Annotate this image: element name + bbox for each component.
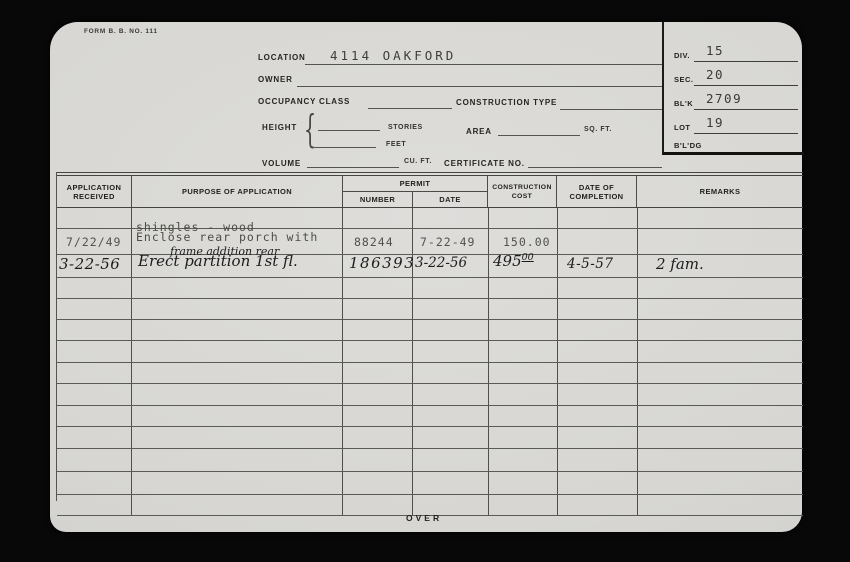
table-row (57, 406, 803, 427)
occupancy-class-label: OCCUPANCY CLASS (258, 97, 350, 106)
cell-purpose (132, 449, 343, 471)
cell-completion (558, 472, 638, 494)
cell-permit-number: 88244 (343, 229, 413, 254)
lot-label: LOT (674, 123, 691, 132)
cell-received (57, 495, 132, 515)
cell-cost (489, 449, 558, 471)
cell-cost (489, 384, 558, 405)
cell-remarks (638, 495, 803, 515)
cell-received (57, 406, 132, 426)
cell-remarks (638, 208, 803, 228)
header-permit-number: NUMBER (343, 192, 413, 207)
cell-permit-date (413, 208, 489, 228)
cell-remarks (638, 363, 803, 383)
cell-purpose (132, 320, 343, 340)
cell-remarks (638, 472, 803, 494)
cell-permit-date (413, 472, 489, 494)
permit-card: FORM B. B. NO. 111 LOCATION 4114 OAKFORD… (50, 22, 802, 532)
cell-permit-date (413, 341, 489, 362)
cell-permit-date: 3-22-56 (413, 255, 489, 277)
header-purpose: PURPOSE OF APPLICATION (132, 176, 343, 207)
cell-received (57, 320, 132, 340)
cell-permit-number (343, 495, 413, 515)
location-value: 4114 OAKFORD (330, 48, 456, 63)
cell-received: 3-22-56 (57, 255, 132, 277)
cell-purpose (132, 341, 343, 362)
cell-cost (489, 495, 558, 515)
cell-cost (489, 406, 558, 426)
cell-purpose (132, 278, 343, 298)
cell-permit-number (343, 208, 413, 228)
header-construction-cost: CONSTRUCTION COST (488, 176, 557, 207)
stories-label: STORIES (388, 124, 423, 131)
lot-blank-line (694, 132, 798, 134)
parcel-box: DIV. 15 SEC. 20 BL'K 2709 LOT 19 B'L'DG (662, 22, 804, 155)
table-row (57, 384, 803, 406)
cell-remarks (638, 299, 803, 319)
cell-cost: 49500 (489, 255, 558, 277)
area-blank-line (498, 134, 580, 136)
cell-purpose (132, 299, 343, 319)
cell-received (57, 449, 132, 471)
cuft-label: CU. FT. (404, 158, 432, 165)
bldg-label: B'L'DG (674, 141, 702, 150)
scan-background: FORM B. B. NO. 111 LOCATION 4114 OAKFORD… (0, 0, 850, 562)
cell-completion (558, 299, 638, 319)
cell-cost (489, 278, 558, 298)
occupancy-blank-line (368, 107, 452, 109)
cell-permit-date (413, 278, 489, 298)
cell-received (57, 363, 132, 383)
cell-cost (489, 299, 558, 319)
cell-permit-number: 186393 (343, 255, 413, 277)
table-row: 3-22-56frame addition rearErect partitio… (57, 255, 803, 278)
cell-received: 7/22/49 (57, 229, 132, 254)
sec-label: SEC. (674, 75, 694, 84)
feet-label: FEET (386, 141, 406, 148)
cell-completion (558, 427, 638, 448)
form-number: FORM B. B. NO. 111 (84, 28, 158, 35)
cell-completion (558, 495, 638, 515)
cell-received (57, 427, 132, 448)
cell-completion (558, 406, 638, 426)
sec-value: 20 (706, 67, 724, 82)
cell-remarks (638, 341, 803, 362)
header-date-of-completion: DATE OF COMPLETION (557, 176, 637, 207)
cell-remarks (638, 229, 803, 254)
cell-permit-date (413, 299, 489, 319)
cell-purpose (132, 495, 343, 515)
location-blank-line (305, 63, 662, 65)
cell-purpose (132, 472, 343, 494)
area-label: AREA (466, 127, 492, 136)
lot-value: 19 (706, 115, 724, 130)
cell-cost (489, 341, 558, 362)
cell-remarks (638, 427, 803, 448)
cell-cost: 150.00 (489, 229, 558, 254)
table-row (57, 472, 803, 495)
cell-permit-date (413, 427, 489, 448)
div-label: DIV. (674, 51, 690, 60)
location-label: LOCATION (258, 53, 306, 62)
construction-type-label: CONSTRUCTION TYPE (456, 98, 557, 107)
cell-permit-date: 7-22-49 (413, 229, 489, 254)
cell-received (57, 208, 132, 228)
cell-permit-date (413, 495, 489, 515)
cell-completion (558, 449, 638, 471)
cell-permit-number (343, 449, 413, 471)
cell-permit-number (343, 341, 413, 362)
cell-cost (489, 363, 558, 383)
cell-purpose (132, 406, 343, 426)
cell-permit-number (343, 299, 413, 319)
volume-label: VOLUME (262, 159, 301, 168)
cell-completion (558, 278, 638, 298)
table-body: 7/22/49shingles - woodEnclose rear porch… (57, 208, 803, 516)
table-row (57, 320, 803, 341)
cell-completion (558, 341, 638, 362)
cell-remarks (638, 449, 803, 471)
header-application-received: APPLICATION RECEIVED (57, 176, 132, 207)
div-blank-line (694, 60, 798, 62)
table-row (57, 363, 803, 384)
cell-permit-number (343, 427, 413, 448)
cell-permit-number (343, 278, 413, 298)
stories-blank-line (318, 129, 380, 131)
permit-table: APPLICATION RECEIVED PURPOSE OF APPLICAT… (56, 172, 803, 501)
cell-cost (489, 208, 558, 228)
table-row (57, 449, 803, 472)
cell-permit-date (413, 406, 489, 426)
cell-received (57, 341, 132, 362)
header-permit-date: DATE (413, 192, 487, 207)
cell-completion: 4-5-57 (558, 255, 638, 277)
blk-value: 2709 (706, 91, 742, 106)
height-label: HEIGHT (262, 123, 297, 132)
cell-remarks (638, 320, 803, 340)
cell-remarks (638, 278, 803, 298)
sec-blank-line (694, 84, 798, 86)
cell-remarks (638, 406, 803, 426)
cell-permit-number (343, 472, 413, 494)
cell-completion (558, 363, 638, 383)
owner-label: OWNER (258, 75, 293, 84)
table-row (57, 341, 803, 363)
cell-purpose: frame addition rearErect partition 1st f… (132, 255, 343, 277)
sqft-label: SQ. FT. (584, 126, 612, 133)
cell-received (57, 384, 132, 405)
cell-permit-number (343, 384, 413, 405)
blk-label: BL'K (674, 99, 693, 108)
cell-permit-date (413, 449, 489, 471)
cell-permit-number (343, 363, 413, 383)
table-row (57, 427, 803, 449)
cell-permit-number (343, 320, 413, 340)
blk-blank-line (694, 108, 798, 110)
cell-permit-date (413, 384, 489, 405)
cell-remarks: 2 fam. (638, 255, 803, 277)
cell-completion (558, 320, 638, 340)
certificate-blank-line (528, 166, 662, 168)
cell-remarks (638, 384, 803, 405)
cell-completion (558, 208, 638, 228)
cell-received (57, 299, 132, 319)
cell-received (57, 472, 132, 494)
owner-blank-line (297, 85, 662, 87)
cell-purpose (132, 384, 343, 405)
header-permit-title: PERMIT (343, 176, 487, 192)
div-value: 15 (706, 43, 724, 58)
over-label: OVER (406, 513, 442, 523)
volume-blank-line (307, 166, 399, 168)
construction-type-blank-line (560, 108, 662, 110)
cell-completion (558, 384, 638, 405)
table-row (57, 278, 803, 299)
cell-cost (489, 472, 558, 494)
feet-blank-line (314, 146, 376, 148)
header-remarks: REMARKS (637, 176, 803, 207)
table-row (57, 299, 803, 320)
brace-glyph: { (304, 110, 316, 148)
cell-cost (489, 320, 558, 340)
cell-permit-number (343, 406, 413, 426)
cell-purpose (132, 363, 343, 383)
cell-permit-date (413, 320, 489, 340)
header-permit: PERMIT NUMBER DATE (343, 176, 488, 207)
cell-permit-date (413, 363, 489, 383)
cell-purpose (132, 427, 343, 448)
table-header: APPLICATION RECEIVED PURPOSE OF APPLICAT… (57, 175, 803, 208)
cell-cost (489, 427, 558, 448)
cell-received (57, 278, 132, 298)
cell-completion (558, 229, 638, 254)
certificate-label: CERTIFICATE NO. (444, 159, 525, 168)
